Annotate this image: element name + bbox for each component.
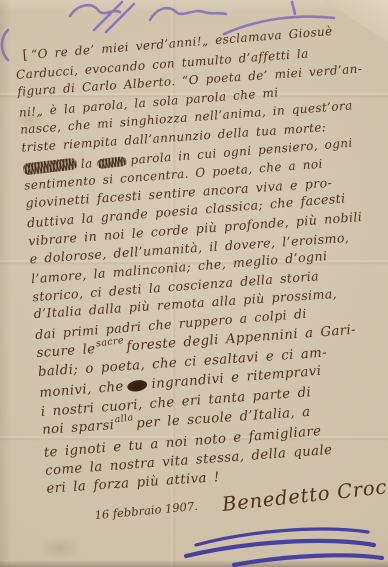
- ink-scribble-redaction: [96, 156, 127, 169]
- ink-scribble-redaction: [22, 157, 77, 175]
- pencil-tick: [292, 2, 295, 14]
- ink-blot: [127, 379, 149, 393]
- line-text: la: [80, 156, 93, 171]
- editorial-bracket: [: [22, 48, 29, 63]
- pencil-slash: [106, 4, 134, 32]
- line-text: noi sparsi: [42, 418, 115, 438]
- interlinear-insertion: alla: [114, 408, 135, 430]
- pencil-arc: [2, 30, 8, 60]
- letter-photo: [“O re de’ miei verd’anni!„ esclamava Gi…: [0, 0, 388, 567]
- blue-stroke: [234, 555, 382, 565]
- blue-pencil-flourish: [168, 511, 388, 567]
- pencil-scribble-word: [150, 8, 226, 20]
- line-text: scure le: [36, 341, 96, 360]
- manuscript-text: [“O re de’ miei verd’anni!„ esclamava Gi…: [14, 20, 388, 525]
- pencil-slash: [94, 2, 122, 30]
- interlinear-insertion: sacre: [95, 331, 125, 354]
